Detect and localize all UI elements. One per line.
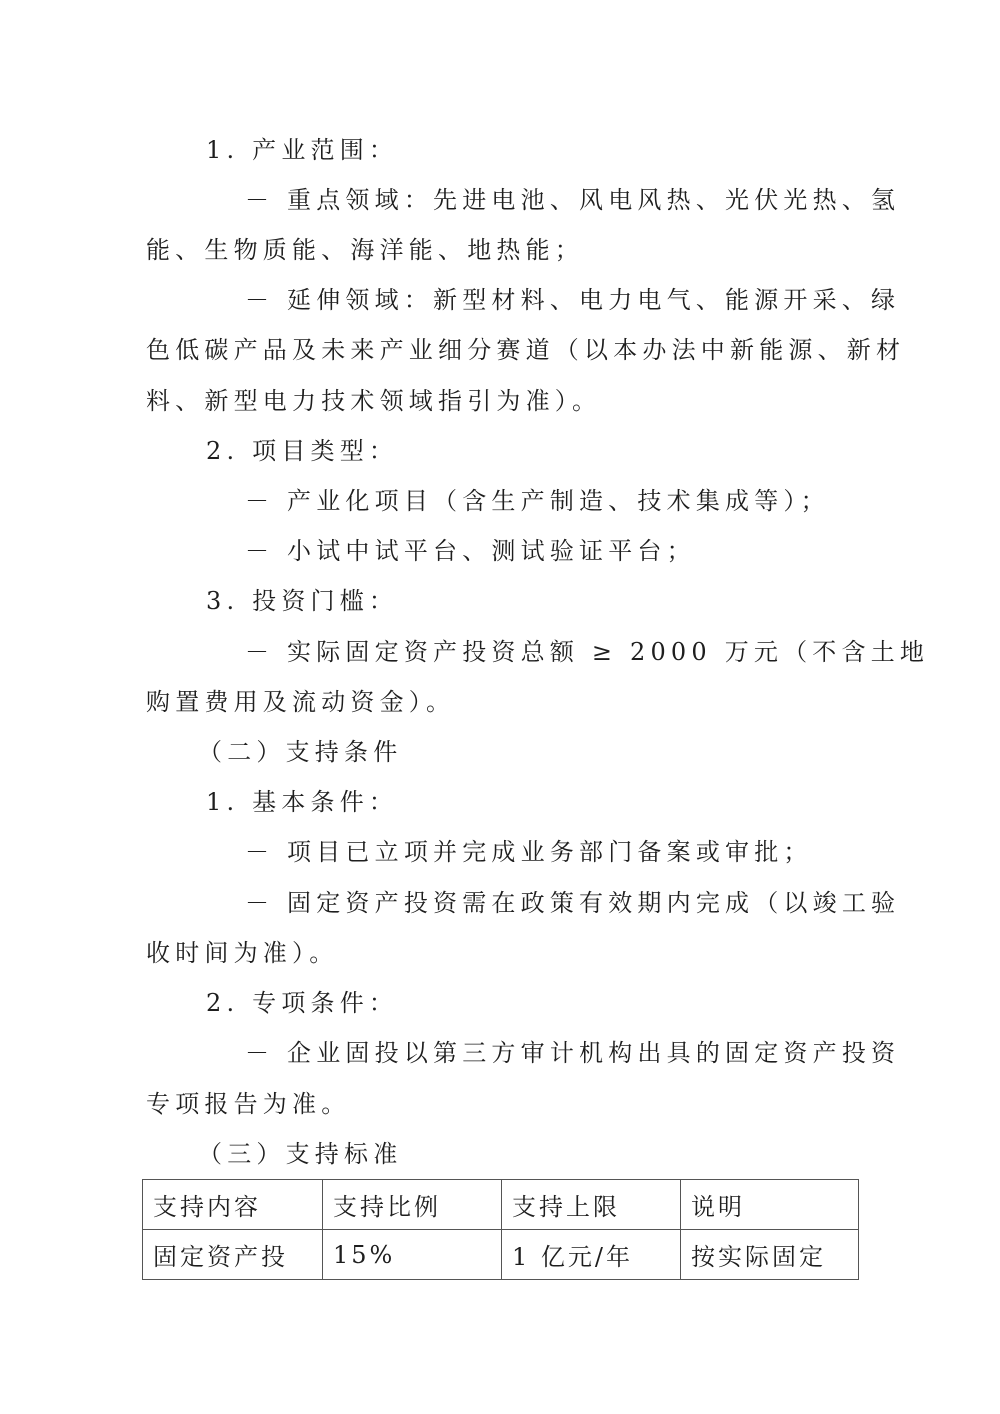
table-cell: 15%: [323, 1230, 502, 1280]
text-line: － 固定资产投资需在政策有效期内完成（以竣工验: [245, 888, 900, 918]
text-line: － 企业固投以第三方审计机构出具的固定资产投资: [245, 1038, 900, 1068]
text-line: 能、生物质能、海洋能、地热能；: [146, 235, 584, 265]
text-line: 2. 专项条件：: [206, 988, 398, 1018]
text-line: （三）支持标准: [198, 1139, 402, 1169]
text-line: － 小试中试平台、测试验证平台；: [245, 536, 696, 566]
text-line: 色低碳产品及未来产业细分赛道（以本办法中新能源、新材: [146, 335, 905, 365]
table-row: 固定资产投 15% 1 亿元/年 按实际固定: [143, 1230, 859, 1280]
support-standard-table: 支持内容 支持比例 支持上限 说明 固定资产投 15% 1 亿元/年 按实际固定: [142, 1179, 859, 1280]
text-line: 3. 投资门槛：: [206, 586, 398, 616]
text-line: 料、新型电力技术领域指引为准）。: [146, 386, 601, 416]
text-line: 1. 基本条件：: [206, 787, 398, 817]
table-cell: 固定资产投: [143, 1230, 323, 1280]
text-line: － 延伸领域：新型材料、电力电气、能源开采、绿: [245, 285, 900, 315]
text-line: 2. 项目类型：: [206, 436, 398, 466]
text-line: 1. 产业范围：: [206, 135, 398, 165]
text-line: － 项目已立项并完成业务部门备案或审批；: [245, 837, 813, 867]
text-line: 专项报告为准。: [146, 1089, 350, 1119]
text-line: （二）支持条件: [198, 737, 402, 767]
table-cell: 按实际固定: [681, 1230, 859, 1280]
text-line: － 重点领域：先进电池、风电风热、光伏光热、氢: [245, 185, 900, 215]
table-header-row: 支持内容 支持比例 支持上限 说明: [143, 1180, 859, 1230]
table-header-cell: 支持比例: [323, 1180, 502, 1230]
text-line: － 产业化项目（含生产制造、技术集成等）；: [245, 486, 830, 516]
text-line: － 实际固定资产投资总额 ≥ 2000 万元（不含土地: [245, 637, 929, 667]
table-cell: 1 亿元/年: [502, 1230, 681, 1280]
table-header-cell: 支持内容: [143, 1180, 323, 1230]
table-header-cell: 说明: [681, 1180, 859, 1230]
table-header-cell: 支持上限: [502, 1180, 681, 1230]
text-line: 收时间为准）。: [146, 938, 338, 968]
text-line: 购置费用及流动资金）。: [146, 687, 455, 717]
